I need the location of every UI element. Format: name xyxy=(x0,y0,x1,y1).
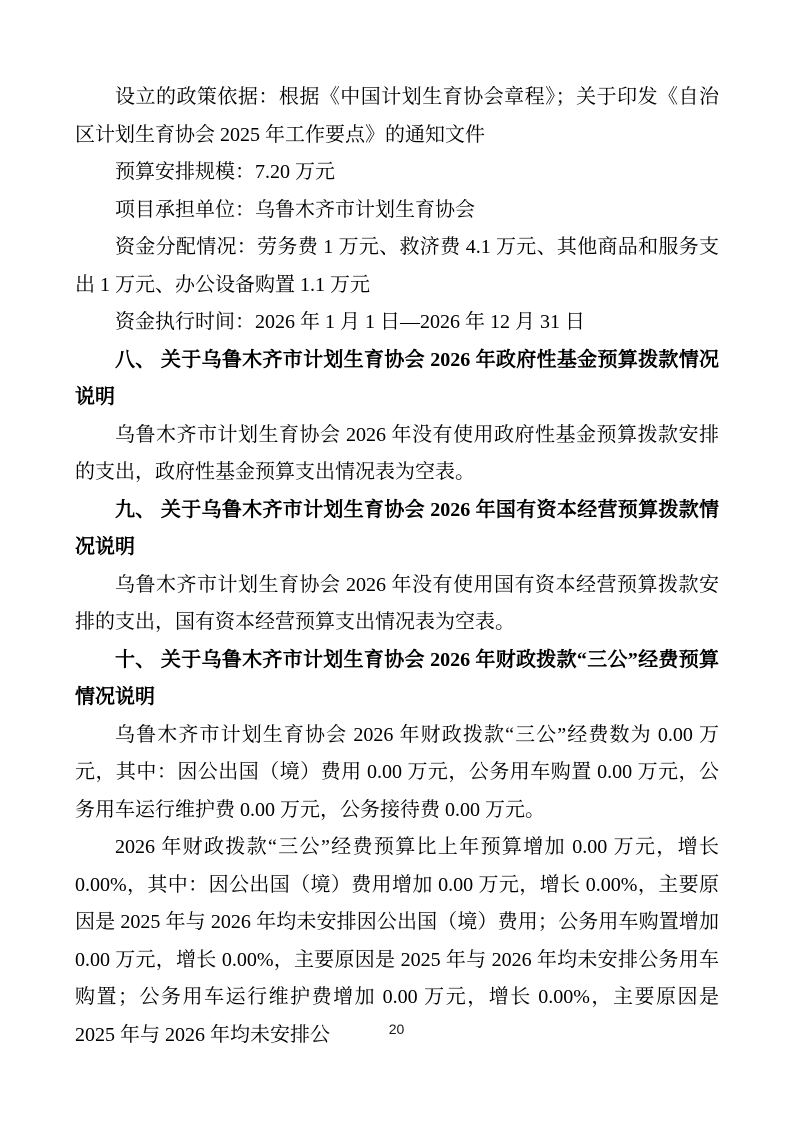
paragraph: 预算安排规模：7.20 万元 xyxy=(75,154,719,192)
paragraph: 乌鲁木齐市计划生育协会 2026 年没有使用国有资本经营预算拨款安排的支出，国有… xyxy=(75,567,719,642)
section-heading: 八、 关于乌鲁木齐市计划生育协会 2026 年政府性基金预算拨款情况说明 xyxy=(75,342,719,417)
paragraph: 乌鲁木齐市计划生育协会 2026 年财政拨款“三公”经费数为 0.00 万元，其… xyxy=(75,717,719,830)
document-body: 设立的政策依据：根据《中国计划生育协会章程》；关于印发《自治区计划生育协会 20… xyxy=(75,79,719,1054)
section-heading: 十、 关于乌鲁木齐市计划生育协会 2026 年财政拨款“三公”经费预算情况说明 xyxy=(75,642,719,717)
page-footer: 20 xyxy=(0,1021,793,1039)
paragraph: 乌鲁木齐市计划生育协会 2026 年没有使用政府性基金预算拨款安排的支出，政府性… xyxy=(75,417,719,492)
paragraph: 设立的政策依据：根据《中国计划生育协会章程》；关于印发《自治区计划生育协会 20… xyxy=(75,79,719,154)
section-heading: 九、 关于乌鲁木齐市计划生育协会 2026 年国有资本经营预算拨款情况说明 xyxy=(75,492,719,567)
page-number: 20 xyxy=(389,1021,405,1037)
paragraph: 资金执行时间：2026 年 1 月 1 日—2026 年 12 月 31 日 xyxy=(75,304,719,342)
paragraph: 资金分配情况：劳务费 1 万元、救济费 4.1 万元、其他商品和服务支出 1 万… xyxy=(75,229,719,304)
paragraph: 项目承担单位：乌鲁木齐市计划生育协会 xyxy=(75,192,719,230)
document-page: 设立的政策依据：根据《中国计划生育协会章程》；关于印发《自治区计划生育协会 20… xyxy=(0,0,793,1122)
